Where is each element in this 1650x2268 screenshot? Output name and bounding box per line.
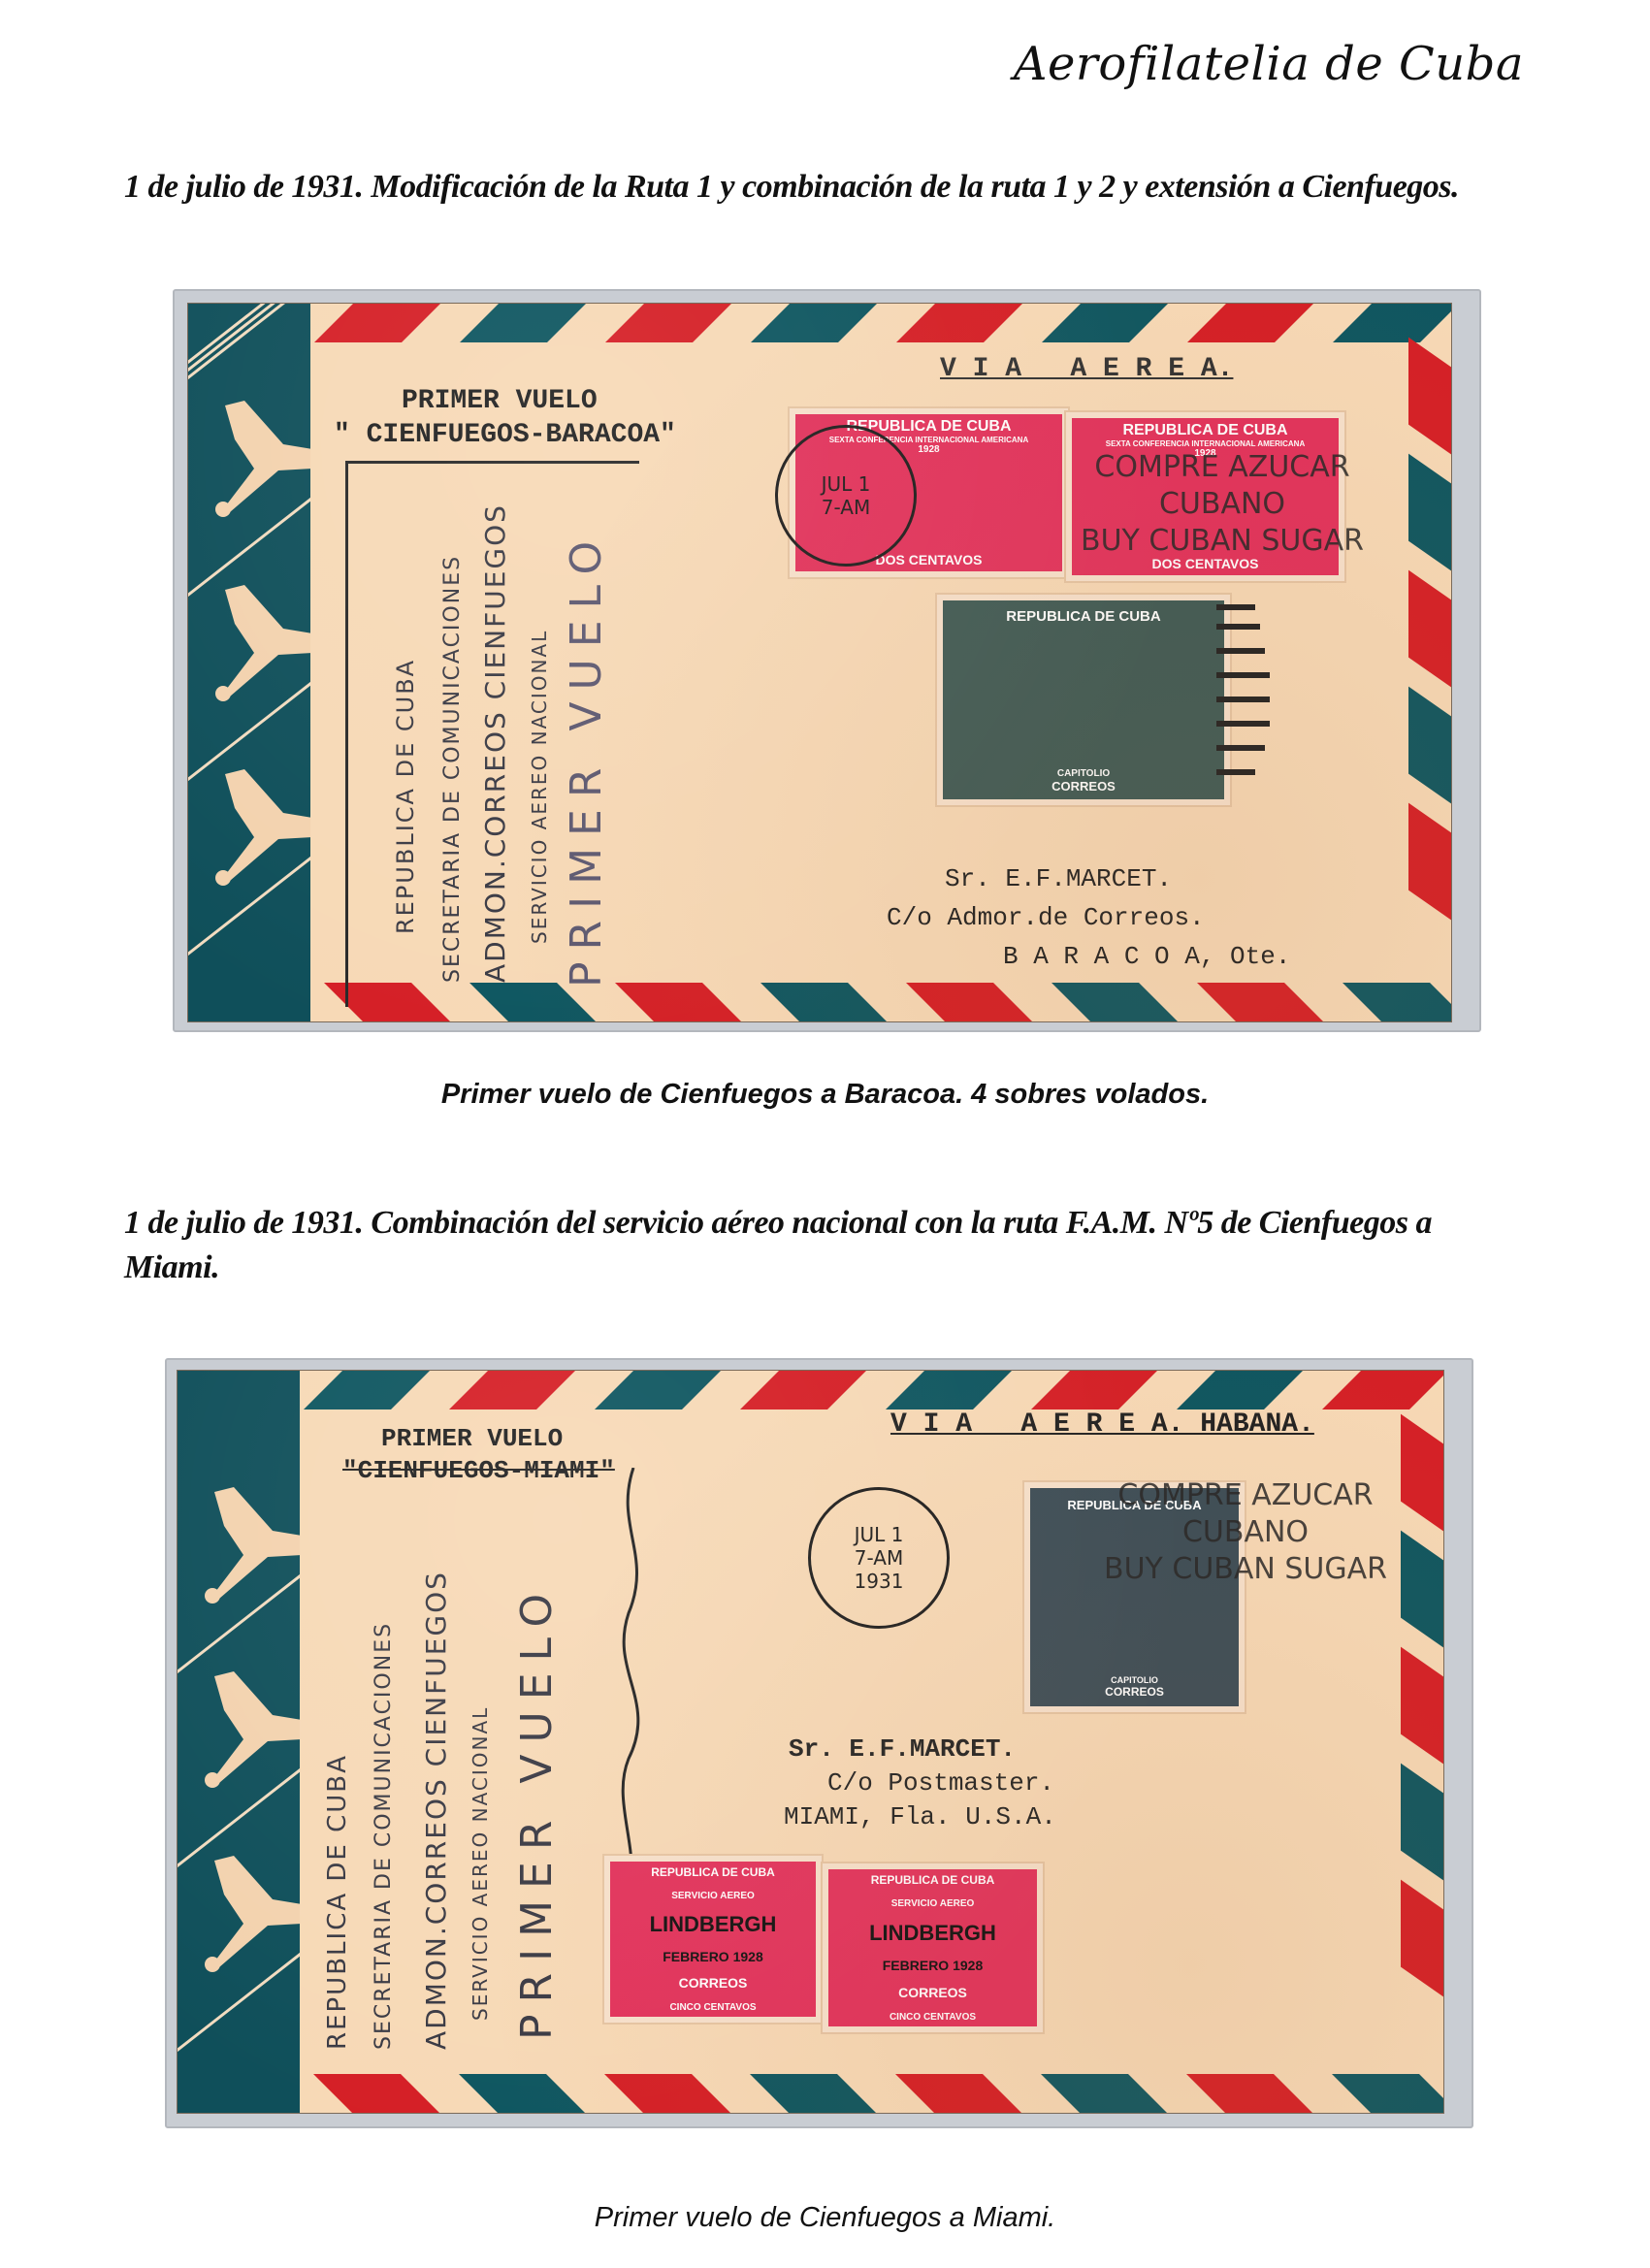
- address-line-3: B A R A C O A, Ote.: [1003, 942, 1290, 971]
- airmail-label: V I A A E R E A.: [940, 354, 1233, 384]
- address-line-1: Sr. E.F.MARCET.: [789, 1734, 1016, 1764]
- airplane-icon: [206, 401, 310, 527]
- cachet-title: PRIMER VUELO: [381, 1424, 563, 1453]
- section-2-heading: 1 de julio de 1931. Combinación del serv…: [124, 1201, 1531, 1290]
- airplane-icon: [206, 585, 310, 711]
- postmark-cienfuegos: JUL 17-AM: [775, 425, 917, 567]
- machine-slogan: COMPRE AZUCAR CUBANO BUY CUBAN SUGAR: [1104, 1477, 1387, 1588]
- cachet-title: PRIMER VUELO: [402, 386, 598, 416]
- address-line-2: C/o Postmaster.: [827, 1768, 1054, 1798]
- section-1-heading: 1 de julio de 1931. Modificación de la R…: [124, 165, 1531, 210]
- stamp-5c-lindbergh: REPUBLICA DE CUBASERVICIO AEREOLINDBERGH…: [604, 1856, 822, 2023]
- stamp-1c-capitolio: REPUBLICA DE CUBACAPITOLIOCORREOS: [937, 595, 1230, 805]
- cachet-route: " CIENFUEGOS-BARACOA": [334, 420, 676, 450]
- box-line-1: REPUBLICA DE CUBA: [392, 659, 419, 934]
- airplane-icon: [195, 1671, 300, 1798]
- address-line-1: Sr. E.F.MARCET.: [945, 864, 1172, 893]
- cover-2-caption: Primer vuelo de Cienfuegos a Miami.: [0, 2202, 1650, 2234]
- page-title: Aerofilatelia de Cuba: [1014, 37, 1524, 91]
- box-line-5: PRIMER VUELO: [562, 530, 611, 988]
- box-line-4: SERVICIO AEREO NACIONAL: [528, 630, 551, 944]
- cachet-route: "CIENFUEGOS-MIAMI": [342, 1456, 615, 1485]
- box-line-5: PRIMER VUELO: [512, 1582, 562, 2040]
- airmail-flap: [178, 1371, 300, 2113]
- machine-slogan: COMPRE AZUCAR CUBANO BUY CUBAN SUGAR: [1081, 449, 1364, 560]
- airplane-icon: [206, 769, 310, 895]
- box-line-4: SERVICIO AEREO NACIONAL: [469, 1706, 492, 2021]
- box-line-2: SECRETARIA DE COMUNICACIONES: [440, 555, 465, 983]
- box-line-3: ADMON.CORREOS CIENFUEGOS: [479, 503, 511, 983]
- address-line-3: MIAMI, Fla. U.S.A.: [784, 1802, 1056, 1831]
- airmail-label: V I A A E R E A. HABANA.: [890, 1409, 1314, 1440]
- box-line-2: SECRETARIA DE COMUNICACIONES: [372, 1622, 396, 2050]
- address-line-2: C/o Admor.de Correos.: [887, 903, 1205, 932]
- box-line-1: REPUBLICA DE CUBA: [323, 1754, 352, 2050]
- box-line-3: ADMON.CORREOS CIENFUEGOS: [420, 1571, 452, 2050]
- cover-1-envelope: PRIMER VUELO " CIENFUEGOS-BARACOA" REPUB…: [187, 303, 1452, 1022]
- airplane-icon: [195, 1856, 300, 1982]
- cover-1-caption: Primer vuelo de Cienfuegos a Baracoa. 4 …: [0, 1079, 1650, 1111]
- cover-2-envelope: PRIMER VUELO "CIENFUEGOS-MIAMI" REPUBLIC…: [177, 1370, 1444, 2114]
- airplane-icon: [195, 1487, 300, 1613]
- stamp-5c-lindbergh: REPUBLICA DE CUBASERVICIO AEREOLINDBERGH…: [823, 1863, 1043, 2032]
- postmark-cienfuegos-cuba: JUL 17-AM1931: [808, 1487, 950, 1629]
- airmail-flap: [188, 304, 310, 1021]
